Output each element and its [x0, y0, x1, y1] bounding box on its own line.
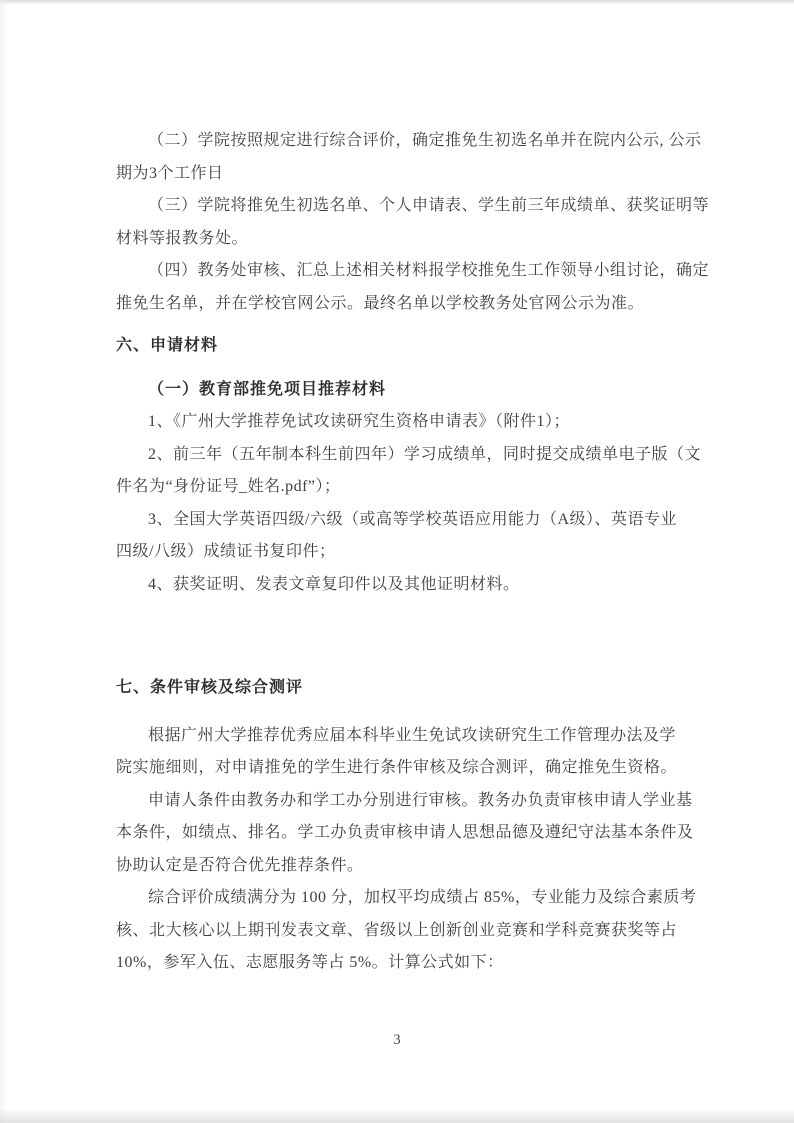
subsection-heading-one: （一）教育部推免项目推荐材料 — [116, 374, 676, 407]
scan-edge-top — [0, 0, 794, 5]
material-item-3-line1: 3、全国大学英语四级/六级（或高等学校英语应用能力（A级）、英语专业 — [116, 504, 676, 537]
section-heading-six: 六、申请材料 — [116, 330, 676, 363]
paragraph-score-line3: 10%，参军入伍、志愿服务等占 5%。计算公式如下： — [116, 947, 676, 980]
material-item-3-line2: 四级/八级）成绩证书复印件； — [116, 536, 676, 569]
paragraph-score-line1: 综合评价成绩满分为 100 分，加权平均成绩占 85%，专业能力及综合素质考 — [116, 882, 676, 915]
document-body: （二）学院按照规定进行综合评价，确定推免生初选名单并在院内公示, 公示 期为3个… — [116, 125, 676, 980]
material-item-1: 1、《广州大学推荐免试攻读研究生资格申请表》（附件1）； — [116, 406, 676, 439]
paragraph-item4-line2: 推免生名单，并在学校官网公示。最终名单以学校教务处官网公示为准。 — [116, 288, 676, 321]
material-item-2-line2: 件名为“身份证号_姓名.pdf”）； — [116, 471, 676, 504]
material-item-2-line1: 2、前三年（五年制本科生前四年）学习成绩单，同时提交成绩单电子版（文 — [116, 439, 676, 472]
paragraph-review-line2: 本条件，如绩点、排名。学工办负责审核申请人思想品德及遵纪守法基本条件及 — [116, 817, 676, 850]
paragraph-item3-line1: （三）学院将推免生初选名单、个人申请表、学生前三年成绩单、获奖证明等 — [116, 190, 676, 223]
paragraph-review-line3: 协助认定是否符合优先推荐条件。 — [116, 850, 676, 883]
paragraph-score-line2: 核、北大核心以上期刊发表文章、省级以上创新创业竞赛和学科竞赛获奖等占 — [116, 915, 676, 948]
paragraph-basis-line2: 院实施细则，对申请推免的学生进行条件审核及综合测评，确定推免生资格。 — [116, 752, 676, 785]
document-page: （二）学院按照规定进行综合评价，确定推免生初选名单并在院内公示, 公示 期为3个… — [0, 0, 794, 1123]
page-number: 3 — [0, 1032, 794, 1049]
scan-edge-left — [0, 0, 7, 1123]
material-item-4: 4、获奖证明、发表文章复印件以及其他证明材料。 — [116, 569, 676, 602]
scan-edge-bottom — [0, 1108, 794, 1123]
paragraph-item2-line1: （二）学院按照规定进行综合评价，确定推免生初选名单并在院内公示, 公示 — [116, 125, 676, 158]
paragraph-item4-line1: （四）教务处审核、汇总上述相关材料报学校推免生工作领导小组讨论，确定 — [116, 255, 676, 288]
paragraph-item2-line2: 期为3个工作日 — [116, 158, 676, 191]
paragraph-review-line1: 申请人条件由教务办和学工办分别进行审核。教务办负责审核申请人学业基 — [116, 785, 676, 818]
paragraph-item3-line2: 材料等报教务处。 — [116, 223, 676, 256]
section-heading-seven: 七、条件审核及综合测评 — [116, 672, 676, 705]
paragraph-basis-line1: 根据广州大学推荐优秀应届本科毕业生免试攻读研究生工作管理办法及学 — [116, 720, 676, 753]
